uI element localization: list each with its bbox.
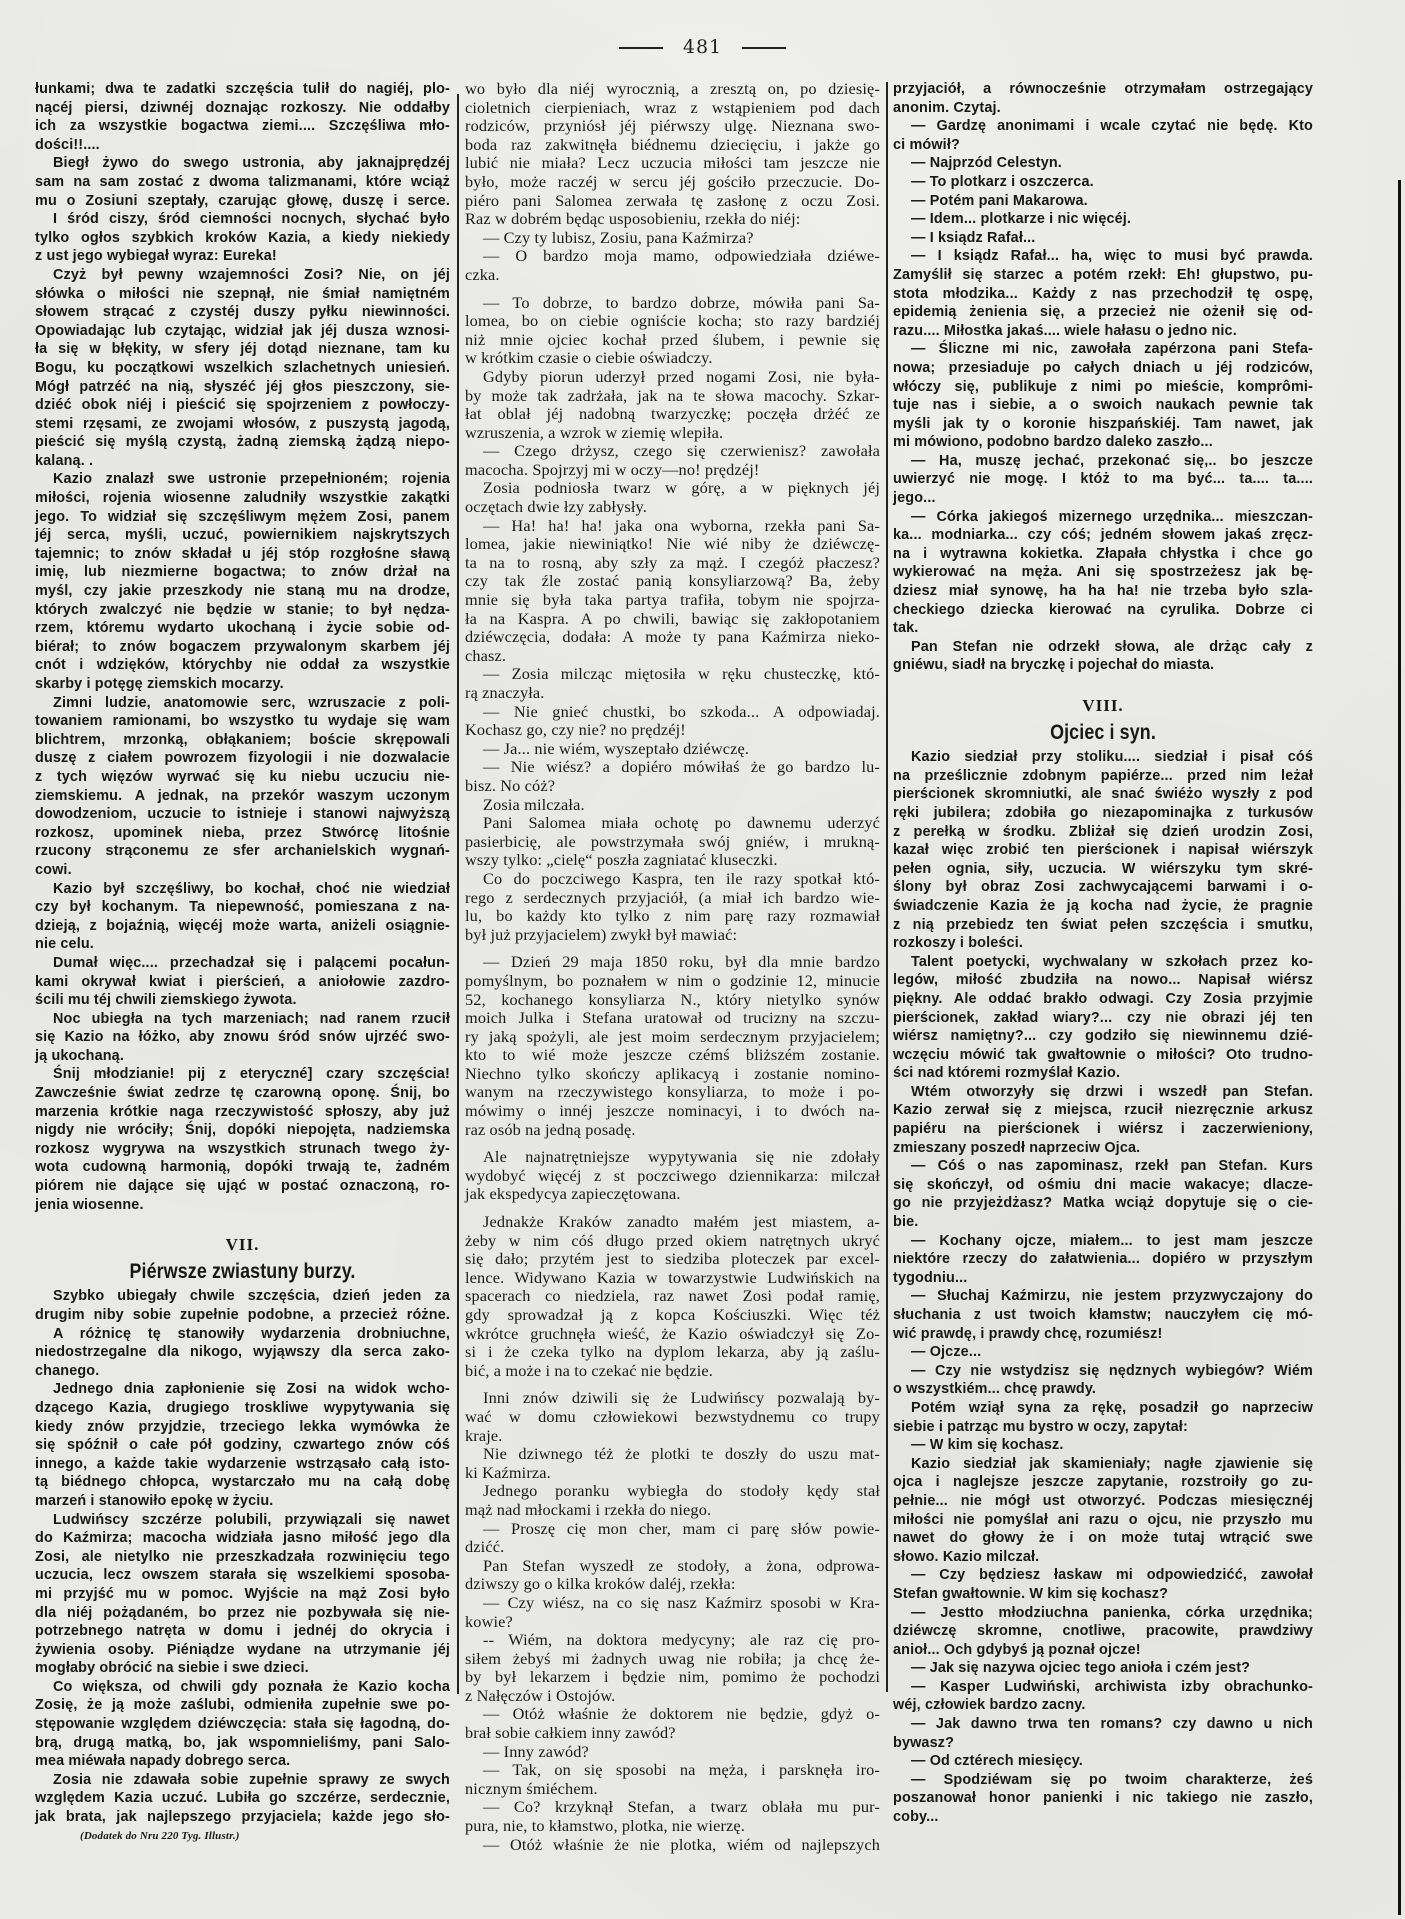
text-line: duszę z ciałem powrozem fizyologii i nie…: [35, 749, 450, 768]
text-line: pełen ognia, siły, uczucia. W wiérszyku …: [893, 860, 1313, 879]
page-number: 481: [0, 36, 1405, 58]
text-line: dowodzeniom, uczucie to istnieje i stano…: [35, 805, 450, 824]
text-line: wo było dla niéj wyrocznią, a zresztą on…: [465, 80, 880, 99]
text-line: Co do poczciwego Kaspra, ten ile razy sp…: [465, 870, 880, 889]
paragraph: Zimni ludzie, anatomowie serc, wzruszaci…: [35, 694, 450, 880]
text-line: czka.: [465, 266, 880, 285]
paragraph: Kazio siedział przy stoliku.... siedział…: [893, 748, 1313, 953]
text-line: lubić nie miała? Lecz uczucia miłości ta…: [465, 154, 880, 173]
text-line: ręki jubilera; zdobiła go niezapominajka…: [893, 804, 1313, 823]
text-line: jak ekspedycya zapieczętowana.: [465, 1185, 880, 1204]
text-line: lence. Widywano Kazia w towarzystwie Lud…: [465, 1269, 880, 1288]
paragraph: — Tak, on się sposobi na męża, i parsknę…: [465, 1761, 880, 1798]
text-line: — Ha, muszę jechać, przekonać się,.. bo …: [893, 452, 1313, 471]
text-line: siebie i patrząc mu bystro w oczy, zapyt…: [893, 1418, 1313, 1437]
text-line: Zosia nie zdawała sobie zupełnie sprawy …: [35, 1771, 450, 1790]
text-line: kowie?: [465, 1613, 880, 1632]
text-line: — Od cztérech miesięcy.: [893, 1752, 1313, 1771]
paragraph: Ludwińscy szczérze polubili, przywiązali…: [35, 1511, 450, 1678]
text-line: bić, a może i na to czekać nie będzie.: [465, 1362, 880, 1381]
text-line: jak brata, jak najlepszego przyjaciela; …: [35, 1808, 450, 1827]
paragraph: — I ksiądz Rafał... ha, więc to musi być…: [893, 247, 1313, 340]
text-line: nie celu.: [35, 935, 450, 954]
text-line: Kazio siedział przy stoliku.... siedział…: [893, 748, 1313, 767]
text-line: tą biédnego chłopca, wystarczało mu na c…: [35, 1473, 450, 1492]
text-line: pełnie... nie mógł ust otworzyć. Podczas…: [893, 1492, 1313, 1511]
text-line: marzeń i stanowiło epokę w życiu.: [35, 1492, 450, 1511]
text-line: brał sobie całkiem inny zawód?: [465, 1724, 880, 1743]
text-line: poszanował honor panienki i nic takiego …: [893, 1789, 1313, 1808]
text-line: łunkami; dwa te zadatki szczęścia tulił …: [35, 80, 450, 99]
text-line: blichtrem, mrzonką, obłąkaniem; boście s…: [35, 731, 450, 750]
text-line: checkiego dziecka kierować na cyrulika. …: [893, 601, 1313, 620]
text-line: lomea, jakie niewiniątko! Nie wié niby ż…: [465, 535, 880, 554]
page-edge-rule: [1398, 180, 1401, 1915]
text-line: drugim niby sobie zupełnie podobne, a pr…: [35, 1306, 450, 1325]
text-line: — Cóś o nas zapominasz, rzekł pan Stefan…: [893, 1157, 1313, 1176]
text-line: rą znaczyła.: [465, 684, 880, 703]
text-line: — To plotkarz i oszczerca.: [893, 173, 1313, 192]
text-line: Zimni ludzie, anatomowie serc, wzruszaci…: [35, 694, 450, 713]
text-line: — Czego drżysz, czego się czerwienisz? z…: [465, 442, 880, 461]
text-line: — Czy będziesz łaskaw mi odpowiedzićć, z…: [893, 1566, 1313, 1585]
text-line: ją ukochaną.: [35, 1047, 450, 1066]
paragraph: — Gardzę anonimami i wcale czytać nie bę…: [893, 117, 1313, 154]
text-line: piórem nie dające się ująć w postać ozna…: [35, 1177, 450, 1196]
text-line: tak.: [893, 619, 1313, 638]
text-line: się Kazio na łóżko, aby znowu śród snów …: [35, 1028, 450, 1047]
text-line: stemi rzęsami, ze zwojami włosów, z pusz…: [35, 415, 450, 434]
paragraph: — Kochany ojcze, miałem... to jest mam j…: [893, 1232, 1313, 1288]
text-line: ślony był obraz Zosi zachwycającemi barw…: [893, 878, 1313, 897]
text-line: ry jaką spożyli, ale jest moim serdeczny…: [465, 1028, 880, 1047]
text-line: wykierować na męża. Ani się spostrzeżesz…: [893, 563, 1313, 582]
text-line: — Jestto młodziuchna panienka, córka urz…: [893, 1604, 1313, 1623]
text-line: uczucia, lecz owszem starała się wszelki…: [35, 1566, 450, 1585]
text-line: Opowiadając lub czytając, widział jak jé…: [35, 322, 450, 341]
text-line: mea miéwała napady dobrego serca.: [35, 1752, 450, 1771]
text-line: Inni znów dziwili się że Ludwińscy pozwa…: [465, 1389, 880, 1408]
text-line: epidemią żenienia się, a przecież nie oż…: [893, 303, 1313, 322]
paragraph: — Czy nie wstydzisz się nędznych wybiegó…: [893, 1362, 1313, 1399]
paragraph: — Czy będziesz łaskaw mi odpowiedzićć, z…: [893, 1566, 1313, 1603]
paragraph: Co do poczciwego Kaspra, ten ile razy sp…: [465, 870, 880, 944]
text-line: cnót i wdzięków, którychby nie oddał za …: [35, 656, 450, 675]
text-line: żeby w nim cóś długo przed okiem natrętn…: [465, 1232, 880, 1251]
text-line: tylko ogłos szybkich kroków Kazia, a kie…: [35, 229, 450, 248]
text-line: dziéć obok niéj i pieścić się spojrzenie…: [35, 396, 450, 415]
text-line: ci mówił?: [893, 136, 1313, 155]
paragraph: Pan Stefan wyszedł ze stodoły, a żona, o…: [465, 1557, 880, 1594]
paragraph: — W kim się kochasz.: [893, 1436, 1313, 1455]
text-line: żywienia osoby. Piéniądze wydane na utrz…: [35, 1641, 450, 1660]
paragraph: — Kasper Ludwiński, archiwista izby obra…: [893, 1678, 1313, 1715]
text-line: marzenia krótkie naga rzeczywistość spło…: [35, 1103, 450, 1122]
text-line: rego z serdecznych przyjaciół, (a miał i…: [465, 889, 880, 908]
paragraph: — Ojcze...: [893, 1343, 1313, 1362]
text-line: dości!!....: [35, 136, 450, 155]
text-line: dziéwczęcia, dodała: A może ty pana Kaźm…: [465, 628, 880, 647]
paragraph: Śnij młodzianie! pij z eteryczné] czary …: [35, 1065, 450, 1214]
text-line: Gdyby piorun uderzył przed nogami Zosi, …: [465, 368, 880, 387]
chapter-number: VII.: [35, 1236, 450, 1255]
paragraph: — Słuchaj Kaźmirzu, nie jestem przyzwycz…: [893, 1287, 1313, 1343]
page-number-rule-left: [619, 47, 663, 49]
paragraph: — Ha! ha! ha! jaka ona wyborna, rzekła p…: [465, 517, 880, 666]
text-line: Co większa, od chwili gdy poznała że Kaz…: [35, 1678, 450, 1697]
text-line: Nie dziwnego téż że plotki te doszły do …: [465, 1445, 880, 1464]
text-line: — Ojcze...: [893, 1343, 1313, 1362]
text-line: niż mnie ojciec kochał przed ślubem, i p…: [465, 331, 880, 350]
text-line: miłości, rojenia wiosenne zaludniły wszy…: [35, 489, 450, 508]
text-line: się dało; przytém jest to siedziba plote…: [465, 1250, 880, 1269]
text-line: lomea, bo on ciebie ogniście kocha; sto …: [465, 312, 880, 331]
text-line: — Nie gnieć chustki, bo szkoda... A odpo…: [465, 703, 880, 722]
text-line: o wszystkiém... chcę prawdy.: [893, 1380, 1313, 1399]
text-line: mu o Zosiuni szeptały, czarując głowę, d…: [35, 192, 450, 211]
text-column-middle: wo było dla niéj wyrocznią, a zresztą on…: [465, 80, 880, 1854]
text-line: Mógł patrzéć na nią, słyszéć jéj głos pi…: [35, 378, 450, 397]
paragraph: I śród ciszy, śród ciemności nocnych, sł…: [35, 210, 450, 266]
text-line: wszy tylko: „cielę“ poszła zagniatać klu…: [465, 851, 880, 870]
text-line: legów, miłość zbudziła na nowo... Napisa…: [893, 971, 1313, 990]
text-line: Kazio był szczęśliwy, bo kochał, choć ni…: [35, 880, 450, 899]
text-line: wéj, człowiek bardzo zacny.: [893, 1696, 1313, 1715]
paragraph: Pani Salomea miała ochotę po dawnemu ude…: [465, 814, 880, 870]
text-line: wota cudowną harmonią, dopóki trwają te,…: [35, 1158, 450, 1177]
text-line: razu.... Miłostka jakaś.... wiele hałasu…: [893, 322, 1313, 341]
text-line: oczętach dwie łzy zabłysły.: [465, 498, 880, 517]
text-line: potrzebnego natręta w domu i jednéj do o…: [35, 1622, 450, 1641]
text-line: się spóźnił o całe pół godziny, czwarteg…: [35, 1436, 450, 1455]
paragraph: Kazio był szczęśliwy, bo kochał, choć ni…: [35, 880, 450, 954]
paragraph: Nie dziwnego téż że plotki te doszły do …: [465, 1445, 880, 1482]
text-line: — I ksiądz Rafał...: [893, 229, 1313, 248]
text-line: Kochasz go, czy nie? no prędzéj!: [465, 721, 880, 740]
text-line: niektóre rzeczy do załatwienia... dopiér…: [893, 1250, 1313, 1269]
text-line: kiedy znów przyjdzie, trzeciego lekka wy…: [35, 1418, 450, 1437]
text-line: przyjaciół, a równocześnie otrzymałam os…: [893, 80, 1313, 99]
text-line: pomyślnym, bo poznałem w nim o godzinie …: [465, 972, 880, 991]
text-line: rzucony strąconemu ze sfer archanielskic…: [35, 842, 450, 861]
paragraph: Zosia podniosła twarz w górę, a w piękny…: [465, 479, 880, 516]
text-line: wanym na rzeczywistego konsyliarza, to m…: [465, 1083, 880, 1102]
paragraph: — Od cztérech miesięcy.: [893, 1752, 1313, 1771]
paragraph: Ale najnatrętniejsze wypytywania się nie…: [465, 1148, 880, 1204]
paragraph: Potém wziął syna za rękę, posadził go na…: [893, 1399, 1313, 1436]
text-line: ścili mu téj chwili ziemskiego żywota.: [35, 991, 450, 1010]
text-line: dziéwczę skromne, cnotliwe, pracowite, p…: [893, 1622, 1313, 1641]
text-line: kami okrywał kwiat i pierścień, a anioło…: [35, 973, 450, 992]
text-line: — Kochany ojcze, miałem... to jest mam j…: [893, 1232, 1313, 1251]
text-line: anonim. Czytaj.: [893, 99, 1313, 118]
text-line: świadczenie Kazia że ją kocha nad życie,…: [893, 897, 1313, 916]
text-line: ojca i naglejsze jeszcze zapytanie, rozs…: [893, 1473, 1313, 1492]
text-line: — Córka jakiegoś mizernego urzędnika... …: [893, 508, 1313, 527]
text-line: tygodniu...: [893, 1269, 1313, 1288]
column-divider: [457, 94, 459, 1694]
text-line: mi mówiono, podobno bardzo daleko zaszło…: [893, 433, 1313, 452]
text-line: jego. To widział się szczęśliwym mężem Z…: [35, 508, 450, 527]
text-line: mówimy o innéj jeszcze nominacyi, i to d…: [465, 1102, 880, 1121]
text-line: — Potém pani Makarowa.: [893, 192, 1313, 211]
paragraph: Pan Stefan nie odrzekł słowa, ale drżąc …: [893, 638, 1313, 675]
chapter-number: VIII.: [893, 697, 1313, 716]
text-line: Ale najnatrętniejsze wypytywania się nie…: [465, 1148, 880, 1167]
paragraph: — Śliczne mi nic, zawołała zapérzona pan…: [893, 340, 1313, 452]
paragraph: — Co? krzyknął Stefan, a twarz oblała mu…: [465, 1798, 880, 1835]
text-line: Pan Stefan wyszedł ze stodoły, a żona, o…: [465, 1557, 880, 1576]
text-line: — Inny zawód?: [465, 1743, 880, 1762]
text-line: ła na Kaspra. A po chwili, bawiąc się za…: [465, 610, 880, 629]
text-line: — Jak się nazywa ojciec tego anioła i cz…: [893, 1659, 1313, 1678]
text-line: Kazio siedział jak skamieniały; nagłe zj…: [893, 1455, 1313, 1474]
text-line: — O bardzo moja mamo, odpowiedziała dzié…: [465, 247, 880, 266]
paragraph: — Nie gnieć chustki, bo szkoda... A odpo…: [465, 703, 880, 740]
text-line: biérał; to znów bogaczem przywalonym ska…: [35, 638, 450, 657]
paragraph: — Otóż właśnie że nie plotka, wiém od na…: [465, 1836, 880, 1855]
paragraph: Zosia milczała.: [465, 796, 880, 815]
text-line: czy tak źle zostać panią konsyliarzową? …: [465, 572, 880, 591]
text-line: z perełką w środku. Zbliżał się dzień ur…: [893, 823, 1313, 842]
text-line: pura, nie, to kłamstwo, plotka, nie wier…: [465, 1817, 880, 1836]
paragraph: — Czy ty lubisz, Zosiu, pana Kaźmirza?: [465, 229, 880, 248]
text-line: z nią przebiedz ten świat pełen szczęści…: [893, 916, 1313, 935]
text-line: gdy sprowadzał ją z kopca Kościuszki. Wi…: [465, 1306, 880, 1325]
paragraph: Kazio znalazł swe ustronie przepełnioném…: [35, 470, 450, 693]
text-line: nącéj piersi, dziwnéj doznając rozkoszy.…: [35, 99, 450, 118]
text-line: — Ha! ha! ha! jaka ona wyborna, rzekła p…: [465, 517, 880, 536]
text-column-right: przyjaciół, a równocześnie otrzymałam os…: [893, 80, 1313, 1827]
text-line: Kazio zerwał się z miejsca, rzucił niezr…: [893, 1101, 1313, 1120]
text-line: Zamyślił się starzec a potém rzekł: Eh! …: [893, 266, 1313, 285]
text-line: — Dzień 29 maja 1850 roku, był dla mnie …: [465, 953, 880, 972]
text-line: sam na sam zostać z dwoma talizmanami, k…: [35, 173, 450, 192]
text-line: dziwszy go o kilka kroków daléj, rzekła:: [465, 1575, 880, 1594]
text-line: był już przyjacielem) zwykł był mawiać:: [465, 926, 880, 945]
paragraph: — Córka jakiegoś mizernego urzędnika... …: [893, 508, 1313, 638]
text-line: anioł... Och gdybyś ją poznał ojcze!: [893, 1641, 1313, 1660]
text-line: ki Kaźmirza.: [465, 1464, 880, 1483]
text-line: zmieszany poszedł naprzeciw Ojca.: [893, 1139, 1313, 1158]
text-line: Pani Salomea miała ochotę po dawnemu ude…: [465, 814, 880, 833]
text-line: — Tak, on się sposobi na męża, i parsknę…: [465, 1761, 880, 1780]
text-line: — Proszę cię mon cher, mam ci parę słów …: [465, 1520, 880, 1539]
text-line: słówka o miłości nie szepnął, nie śmiał …: [35, 285, 450, 304]
text-line: dla niéj pożądaném, bo przez nie pozbywa…: [35, 1604, 450, 1623]
paragraph: — To dobrze, to bardzo dobrze, mówiła pa…: [465, 294, 880, 368]
text-line: Zosię, że ją może zaślubi, odmieniła zup…: [35, 1696, 450, 1715]
text-line: czy był kochanym. Ta niepewność, pomiesz…: [35, 898, 450, 917]
paragraph: — Proszę cię mon cher, mam ci parę słów …: [465, 1520, 880, 1557]
text-line: spacerach co niedziela, raz nawet Zosi p…: [465, 1287, 880, 1306]
text-line: by może tak zadrżała, jak na te słowa ma…: [465, 387, 880, 406]
text-line: tajemnic; to znów składał u jéj stóp roz…: [35, 545, 450, 564]
text-line: stota młodzika... Każdy z nas przechodzi…: [893, 285, 1313, 304]
text-line: dzącego Kazia, drugiego troskliwe wypyty…: [35, 1399, 450, 1418]
text-line: chasz.: [465, 647, 880, 666]
text-line: uwierzyć nie mogę. I któż to ma być... t…: [893, 470, 1313, 489]
paragraph: — Jestto młodziuchna panienka, córka urz…: [893, 1604, 1313, 1660]
supplement-footnote: (Dodatek do Nru 220 Tyg. Illustr.): [35, 1827, 450, 1846]
text-line: mogłaby obrócić na siebie i swe dzieci.: [35, 1659, 450, 1678]
text-line: kraje.: [465, 1427, 880, 1446]
text-line: cioletnich cierpieniach, wraz z wstąpien…: [465, 99, 880, 118]
text-line: Raz w dobrém będąc usposobieniu, rzekła …: [465, 210, 880, 229]
text-line: — Czy wiész, na co się nasz Kaźmirz spos…: [465, 1594, 880, 1613]
paragraph: Talent poetycki, wychwalany w szkołach p…: [893, 953, 1313, 1083]
text-line: wkrótce gruchnęła wieść, że Kazio oświad…: [465, 1325, 880, 1344]
text-line: dzieją, z bojaźnią, więcéj może warta, a…: [35, 917, 450, 936]
text-line: wiérsz namiętny?... czy godziło się niew…: [893, 1027, 1313, 1046]
paragraph: — Ja... nie wiém, wyszeptało dziéwczę.: [465, 740, 880, 759]
text-line: moich Julka i Stefana uratował od truciz…: [465, 1009, 880, 1028]
text-line: rozkosz, upominek nieba, przez Stwórcę l…: [35, 824, 450, 843]
text-line: nowa; przesiaduje po całych dniach u jéj…: [893, 359, 1313, 378]
text-line: z Nałęczów i Ostojów.: [465, 1687, 880, 1706]
page-number-text: 481: [683, 36, 722, 58]
text-line: Talent poetycki, wychwalany w szkołach p…: [893, 953, 1313, 972]
text-line: gniéwu, siadł na bryczkę i pojechał do m…: [893, 656, 1313, 675]
text-line: nawet do głowy że i on może tutaj wtrąci…: [893, 1529, 1313, 1548]
text-line: Biegł żywo do swego ustronia, aby jaknaj…: [35, 154, 450, 173]
paragraph: — O bardzo moja mamo, odpowiedziała dzié…: [465, 247, 880, 284]
text-line: Ludwińscy szczérze polubili, przywiązali…: [35, 1511, 450, 1530]
text-line: — Zosia milcząc miętosiła w ręku chustec…: [465, 665, 880, 684]
text-line: — Czy nie wstydzisz się nędznych wybiegó…: [893, 1362, 1313, 1381]
text-line: — Gardzę anonimami i wcale czytać nie bę…: [893, 117, 1313, 136]
text-line: ta na to rosną, aby szły za mąż. I czegó…: [465, 554, 880, 573]
text-line: łat oblał jéj nadobną twarzyczkę; poczęł…: [465, 405, 880, 424]
text-line: Stefan gwałtownie. W kim się kochasz?: [893, 1585, 1313, 1604]
text-line: raz osób na jedną posadę.: [465, 1121, 880, 1140]
text-line: było, może raczéj w sercu jéj gościło pr…: [465, 173, 880, 192]
chapter-title: Ojciec i syn.: [925, 724, 1282, 743]
text-line: ści nad któremi rozmyślał Kazio.: [893, 1064, 1313, 1083]
paragraph: — Spodziéwam się po twoim charakterze, ż…: [893, 1771, 1313, 1827]
text-line: włóczy się, publikuje z nimi po mieście,…: [893, 378, 1313, 397]
text-line: A różnicę tę stanowiły wydarzenia drobni…: [35, 1325, 450, 1344]
text-line: wczęciu mówić tak gwałtownie o miłości? …: [893, 1046, 1313, 1065]
paragraph: — Nie wiész? a dopiéro mówiłaś że go bar…: [465, 758, 880, 795]
text-line: cowi.: [35, 861, 450, 880]
text-line: siłem żebyś mi żadnych uwag nie robiła; …: [465, 1650, 880, 1669]
text-line: jéj serca, myśli, uczuć, powiernikiem na…: [35, 526, 450, 545]
text-line: dziesz miał synowę, ha ha ha! nie trzeba…: [893, 582, 1313, 601]
text-line: wić prawdę, i prawdy chcę, rozumiész!: [893, 1325, 1313, 1344]
text-line: — To dobrze, to bardzo dobrze, mówiła pa…: [465, 294, 880, 313]
text-line: nicznym śmiéchem.: [465, 1780, 880, 1799]
text-line: Szybko ubiegały chwile szczęścia, dzień …: [35, 1287, 450, 1306]
text-line: niedostrzegalne dla nikogo, wyjąwszy dla…: [35, 1343, 450, 1362]
text-line: jego...: [893, 489, 1313, 508]
text-line: na i wytrawna kokietka. Złapała chłystka…: [893, 545, 1313, 564]
text-line: Kazio znalazł swe ustronie przepełnioném…: [35, 470, 450, 489]
chapter-title: Piérwsze zwiastuny burzy.: [66, 1263, 419, 1282]
text-line: I śród ciszy, śród ciemności nocnych, sł…: [35, 210, 450, 229]
text-line: -- Wiém, na doktora medycyny; ale raz ci…: [465, 1631, 880, 1650]
paragraph: Czyż był pewny wzajemności Zosi? Nie, on…: [35, 266, 450, 471]
text-line: Dumał więc.... przechadzał się i palącem…: [35, 954, 450, 973]
text-line: pieścić się myślą czystą, żadną ziemską …: [35, 433, 450, 452]
paragraph: — Cóś o nas zapominasz, rzekł pan Stefan…: [893, 1157, 1313, 1231]
paragraph: Gdyby piorun uderzył przed nogami Zosi, …: [465, 368, 880, 442]
paragraph: — Czego drżysz, czego się czerwienisz? z…: [465, 442, 880, 479]
text-line: słuchania z ust twoich kłamstw; nauczyłe…: [893, 1306, 1313, 1325]
text-line: — Nie wiész? a dopiéro mówiłaś że go bar…: [465, 758, 880, 777]
text-line: w krótkim czasie o ciebie oświadczy.: [465, 349, 880, 368]
paragraph: Noc ubiegła na tych marzeniach; nad rane…: [35, 1010, 450, 1066]
text-line: — Najprzód Celestyn.: [893, 154, 1313, 173]
text-line: wać w domu człowiekowi bezwstydnemu co t…: [465, 1408, 880, 1427]
text-line: myśl, czy jakie przeszkody nie staną mu …: [35, 582, 450, 601]
text-line: Zosia milczała.: [465, 796, 880, 815]
text-line: imię, lub niezmierne bogactwa; to znów d…: [35, 563, 450, 582]
text-line: ziemskiemu. A jednak, na przekór waszym …: [35, 787, 450, 806]
paragraph: — Zosia milcząc miętosiła w ręku chustec…: [465, 665, 880, 702]
text-line: się skończył, od ośmiu dni macie wakacye…: [893, 1176, 1313, 1195]
text-line: Niechno tylko skończy aplikacyą i zostan…: [465, 1065, 880, 1084]
text-line: mąż nad młockami i rzekła do niego.: [465, 1501, 880, 1520]
text-line: do Kaźmirza; macocha widziała jasno miło…: [35, 1529, 450, 1548]
text-line: na prześlicznie zdobnym papiérze... prze…: [893, 767, 1313, 786]
text-line: — Spodziéwam się po twoim charakterze, ż…: [893, 1771, 1313, 1790]
text-line: piękny. Ale oddać brakło odwagi. Czy Zos…: [893, 990, 1313, 1009]
text-line: chanego.: [35, 1362, 450, 1381]
paragraph: przyjaciół, a równocześnie otrzymałam os…: [893, 80, 1313, 117]
text-line: Pan Stefan nie odrzekł słowa, ale drżąc …: [893, 638, 1313, 657]
text-line: papiéru na pierścionek i wiérsz i zaczer…: [893, 1120, 1313, 1139]
text-line: kalaną. .: [35, 452, 450, 471]
paragraph: Dumał więc.... przechadzał się i palącem…: [35, 954, 450, 1010]
text-line: go nie przyjeżdżasz? Matka wciąż dopytuj…: [893, 1194, 1313, 1213]
text-line: pierścionek, zakład wiary?... czy nie ob…: [893, 1009, 1313, 1028]
paragraph: wo było dla niéj wyrocznią, a zresztą on…: [465, 80, 880, 229]
text-line: — Co? krzyknął Stefan, a twarz oblała mu…: [465, 1798, 880, 1817]
text-line: ła się w błękity, w sfery jéj dotąd niez…: [35, 340, 450, 359]
text-line: ka... modniarka... czy cóś; jedném słowe…: [893, 526, 1313, 545]
text-line: innego, a każde takie wydarzenie wstrząs…: [35, 1455, 450, 1474]
text-line: względem Kazia uczuć. Lubiła go szczérze…: [35, 1789, 450, 1808]
text-line: 52, kochanego konsyliarza N., który niet…: [465, 991, 880, 1010]
text-line: si i że czeka tylko na dyplom lekarza, a…: [465, 1343, 880, 1362]
text-line: słowo. Kazio milczał.: [893, 1548, 1313, 1567]
text-line: rozkosz wygrywa na wszystkich strunach t…: [35, 1140, 450, 1159]
text-line: tuje nas i siebie, a o swoich naukach pe…: [893, 396, 1313, 415]
text-line: — Otóż właśnie że doktorem nie będzie, g…: [465, 1705, 880, 1724]
text-line: stępowanie względem dziéwczęcia: stała s…: [35, 1715, 450, 1734]
paragraph: — Otóż właśnie że doktorem nie będzie, g…: [465, 1705, 880, 1742]
text-line: mi przyjść mu w pomoc. Wyjście na mąż Zo…: [35, 1585, 450, 1604]
text-line: których zwalczyć nie będzie w stanie; to…: [35, 601, 450, 620]
paragraph: — Dzień 29 maja 1850 roku, był dla mnie …: [465, 953, 880, 1139]
text-line: boda raz zakwitnęła biédnemu dziecięciu,…: [465, 136, 880, 155]
paragraph: — Inny zawód?: [465, 1743, 880, 1762]
text-line: rozkoszy i boleści.: [893, 934, 1313, 953]
text-line: macocha. Spojrzyj mi w oczy—no! prędzéj!: [465, 461, 880, 480]
text-line: rodziców, przyniósł jéj piérwszy ulgę. N…: [465, 117, 880, 136]
paragraph: -- Wiém, na doktora medycyny; ale raz ci…: [465, 1631, 880, 1705]
paragraph: Zosia nie zdawała sobie zupełnie sprawy …: [35, 1771, 450, 1827]
paragraph: — Ha, muszę jechać, przekonać się,.. bo …: [893, 452, 1313, 508]
paragraph: — Czy wiész, na co się nasz Kaźmirz spos…: [465, 1594, 880, 1631]
text-line: — I ksiądz Rafał... ha, więc to musi być…: [893, 247, 1313, 266]
paragraph: Biegł żywo do swego ustronia, aby jaknaj…: [35, 154, 450, 210]
paragraph: Co większa, od chwili gdy poznała że Kaz…: [35, 1678, 450, 1771]
paragraph: łunkami; dwa te zadatki szczęścia tulił …: [35, 80, 450, 154]
paragraph: — Jak się nazywa ojciec tego anioła i cz…: [893, 1659, 1313, 1678]
text-line: słowem strącać z czystéj duszy pyłku nie…: [35, 303, 450, 322]
